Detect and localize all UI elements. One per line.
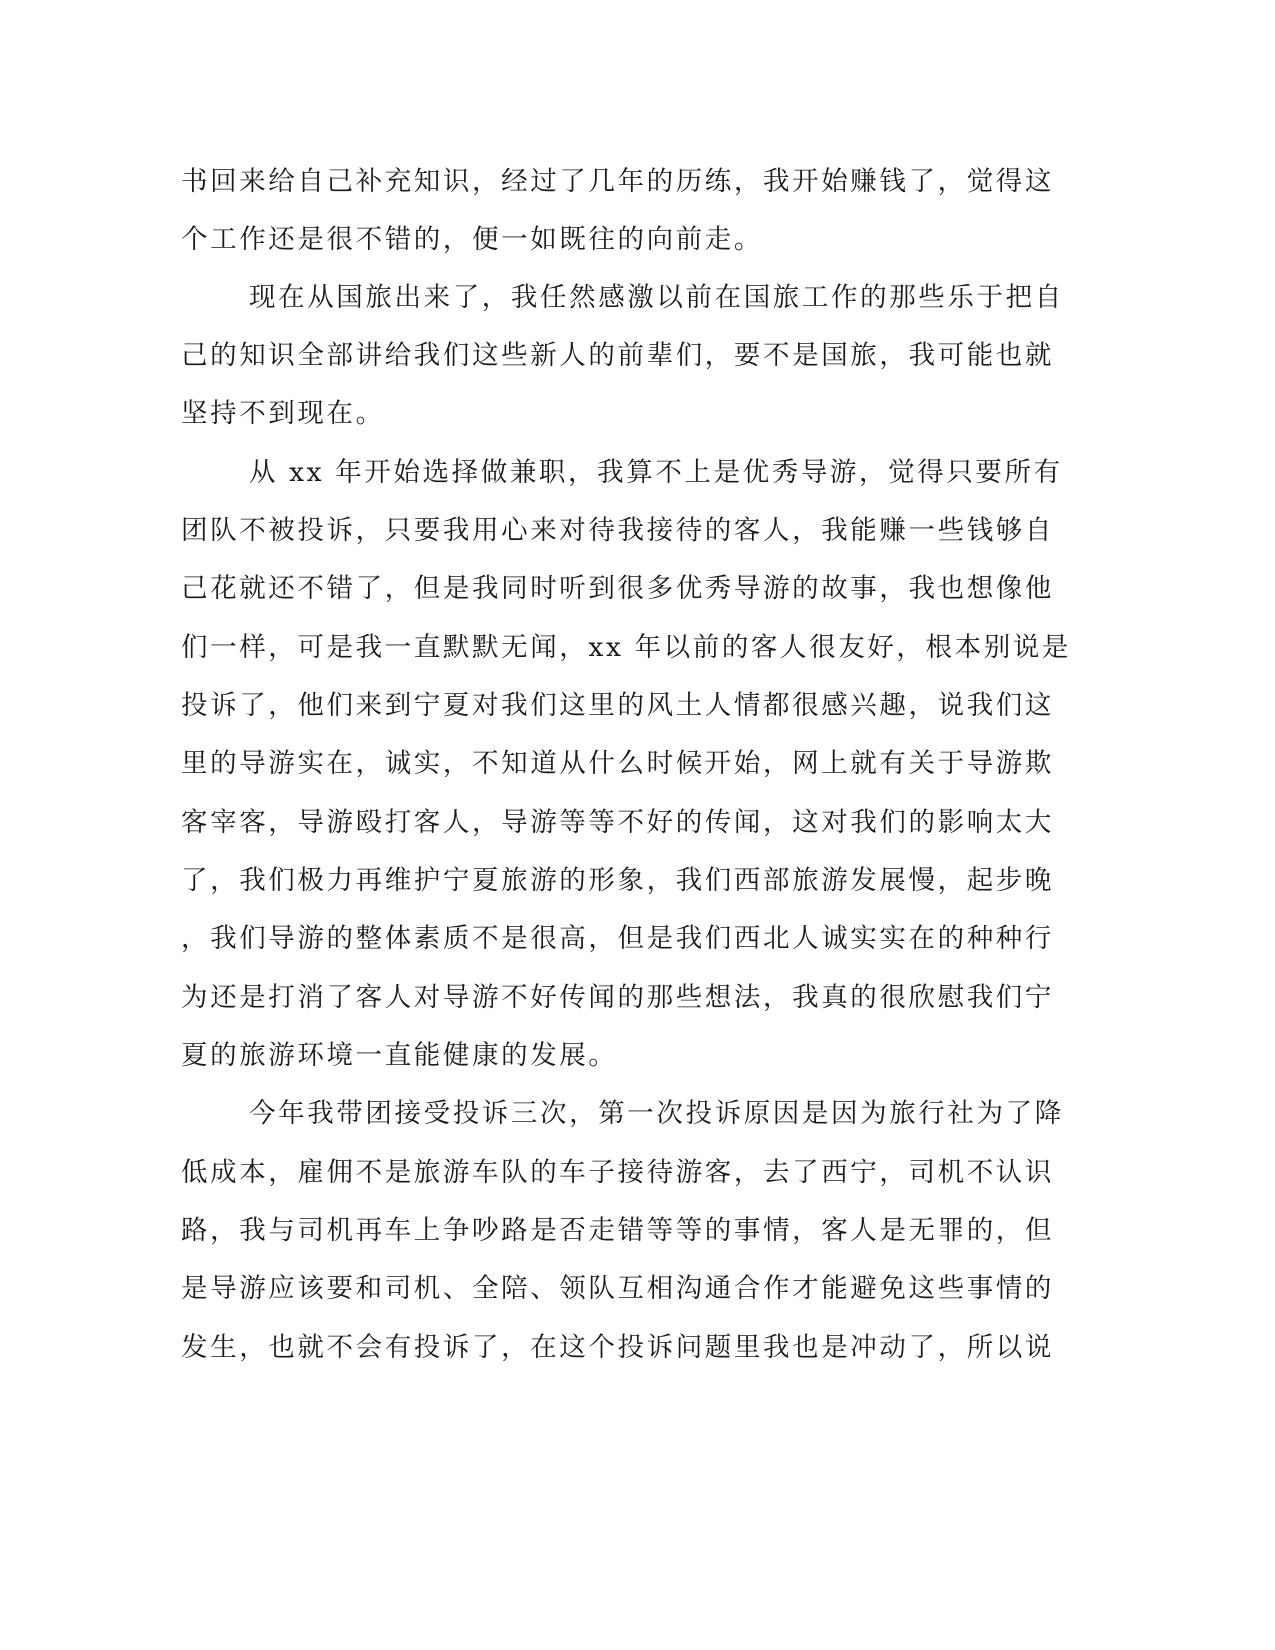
text-line: 是导游应该要和司机、全陪、领队互相沟通合作才能避免这些事情的 [181, 1269, 1041, 1309]
paragraph-first-line: 从 xx 年开始选择做兼职，我算不上是优秀导游，觉得只要所有 [249, 453, 1109, 493]
text-line: 投诉了，他们来到宁夏对我们这里的风土人情都很感兴趣，说我们这 [181, 686, 1041, 726]
text-line: 己的知识全部讲给我们这些新人的前辈们，要不是国旅，我可能也就 [181, 336, 1041, 376]
text-line: 了，我们极力再维护宁夏旅游的形象，我们西部旅游发展慢，起步晚 [181, 861, 1041, 901]
text-line: 为还是打消了客人对导游不好传闻的那些想法，我真的很欣慰我们宁 [181, 978, 1041, 1018]
document-page: 书回来给自己补充知识，经过了几年的历练，我开始赚钱了，觉得这 个工作还是很不错的… [0, 0, 1275, 1650]
text-line: 客宰客，导游殴打客人，导游等等不好的传闻，这对我们的影响太大 [181, 803, 1041, 843]
text-line: 发生，也就不会有投诉了，在这个投诉问题里我也是冲动了，所以说 [181, 1328, 1041, 1368]
text-line: 坚持不到现在。 [181, 394, 1041, 434]
text-line: 路，我与司机再车上争吵路是否走错等等的事情，客人是无罪的，但 [181, 1211, 1041, 1251]
text-line: 们一样，可是我一直默默无闻，xx 年以前的客人很友好，根本别说是 [181, 628, 1041, 668]
text-line: 书回来给自己补充知识，经过了几年的历练，我开始赚钱了，觉得这 [181, 162, 1041, 202]
text-line: 低成本，雇佣不是旅游车队的车子接待游客，去了西宁，司机不认识 [181, 1153, 1041, 1193]
paragraph-first-line: 今年我带团接受投诉三次，第一次投诉原因是因为旅行社为了降 [249, 1094, 1109, 1134]
text-line: 团队不被投诉，只要我用心来对待我接待的客人，我能赚一些钱够自 [181, 511, 1041, 551]
text-line: 里的导游实在，诚实，不知道从什么时候开始，网上就有关于导游欺 [181, 744, 1041, 784]
text-line: 己花就还不错了，但是我同时听到很多优秀导游的故事，我也想像他 [181, 569, 1041, 609]
text-line: 夏的旅游环境一直能健康的发展。 [181, 1036, 1041, 1076]
paragraph-first-line: 现在从国旅出来了，我任然感激以前在国旅工作的那些乐于把自 [249, 278, 1109, 318]
text-line: ，我们导游的整体素质不是很高，但是我们西北人诚实实在的种种行 [181, 919, 1041, 959]
text-line: 个工作还是很不错的，便一如既往的向前走。 [181, 220, 1041, 260]
